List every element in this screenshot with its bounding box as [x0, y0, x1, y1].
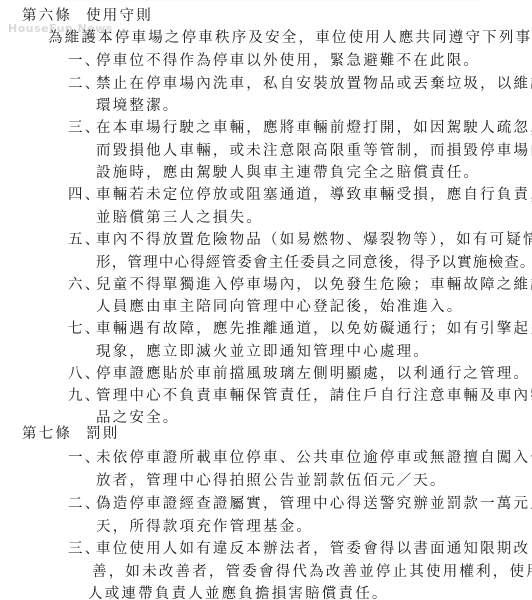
item-text: 人員應由車主陪同向管理中心登記後，始准進入。: [96, 298, 463, 316]
item-text: 天，所得款項充作管理基金。: [96, 518, 313, 536]
item-text: 管理中心不負責車輛保管責任，請住戶自行注意車輛及車內物: [96, 387, 532, 405]
item-text: 而毀損他人車輛，或未注意限高限重等管制，而損毀停車場內: [96, 142, 532, 160]
item-text: 善，如未改善者，管委會得代為改善並停止其使用權利，使用: [92, 563, 532, 581]
item-text: 車輛若未定位停放或阻塞通道，導致車輛受損，應自行負責，: [96, 186, 532, 204]
item-text: 停車證應貼於車前擋風玻璃左側明顯處，以利通行之管理。: [96, 365, 530, 383]
item-text: 偽造停車證經查證屬實，管理中心得送警究辦並罰款一萬元／: [96, 495, 532, 513]
cropped-previous-line: [60, 0, 480, 2]
item-text: 車輛遇有故障，應先推離通道，以免妨礙通行；如有引擎起火: [96, 320, 532, 338]
item-text: 停車位不得作為停車以外使用，緊急避難不在此限。: [96, 52, 480, 70]
article-6-heading: 第六條使用守則: [22, 7, 153, 25]
article-title: 罰則: [86, 426, 119, 442]
item-text: 形，管理中心得經管委會主任委員之同意後，得予以實施檢查。: [96, 254, 532, 272]
item-text: 在本車場行駛之車輛，應將車輛前燈打開，如因駕駛人疏忽，: [96, 119, 532, 137]
item-text: 放者，管理中心得拍照公告並罰款伍佰元／天。: [96, 472, 447, 490]
article-number: 第七條: [22, 426, 72, 442]
article-7-heading: 第七條罰則: [22, 425, 120, 443]
item-text: 人或連帶負責人並應負擔損害賠償責任。: [88, 585, 389, 600]
article-number: 第六條: [22, 8, 72, 24]
item-text: 未依停車證所載車位停車、公共車位逾停車或無證擅自闖入停: [96, 449, 532, 467]
item-text: 現象，應立即滅火並立即通知管理中心處理。: [96, 343, 430, 361]
item-text: 禁止在停車場內洗車，私自安裝放置物品或丟棄垃圾，以維護: [96, 75, 532, 93]
item-text: 車位使用人如有違反本辦法者，管委會得以書面通知限期改: [96, 540, 530, 558]
article-title: 使用守則: [86, 8, 153, 24]
article-6-intro: 為維護本停車場之停車秩序及安全，車位使用人應共同遵守下列事項：: [48, 29, 532, 47]
item-text: 車內不得放置危險物品（如易燃物、爆裂物等），如有可疑情: [96, 231, 532, 249]
item-text: 並賠償第三人之損失。: [96, 209, 263, 227]
item-text: 環境整潔。: [96, 97, 180, 115]
item-text: 設施時，應由駕駛人與車主連帶負完全之賠償責任。: [96, 164, 480, 182]
item-text: 兒童不得單獨進入停車場內，以免發生危險；車輛故障之維護: [96, 276, 532, 294]
